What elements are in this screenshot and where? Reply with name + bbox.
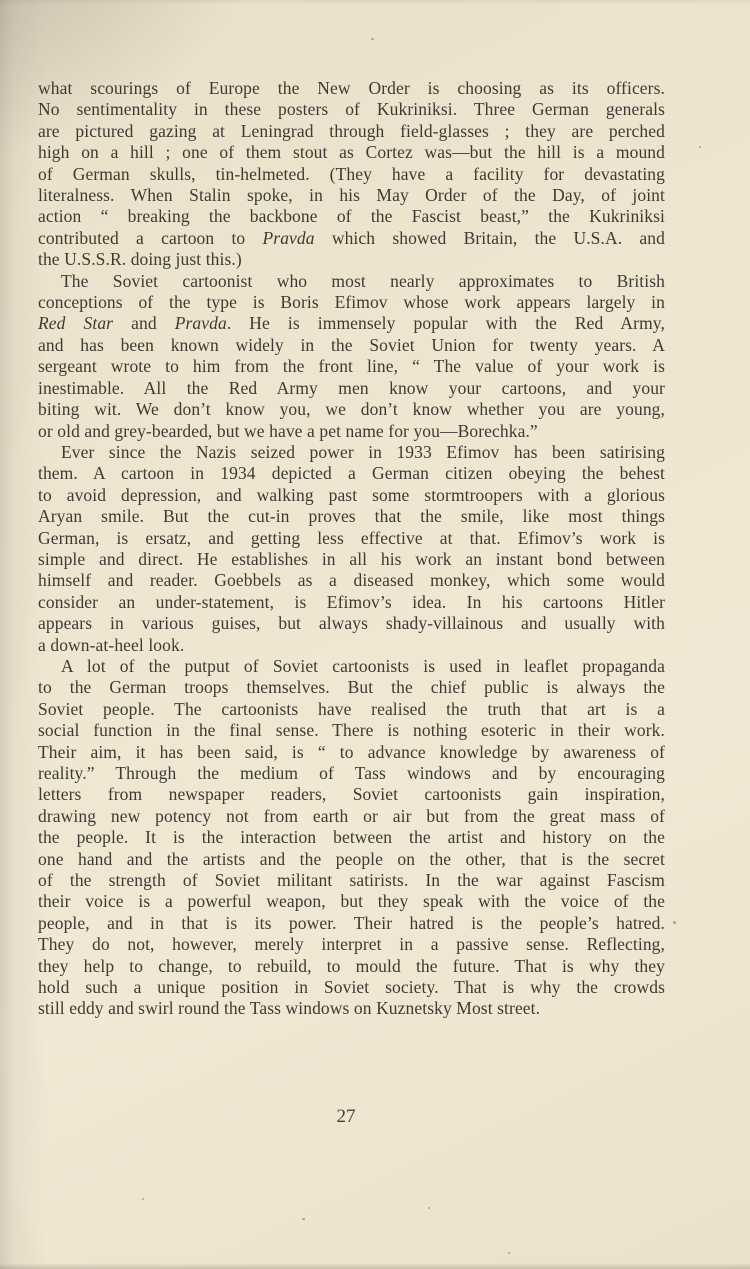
text-line: or old and grey-bearded, but we have a p…: [38, 421, 665, 442]
paper-speck: [428, 1207, 430, 1209]
paragraph: A lot of the putput of Soviet cartoonist…: [38, 656, 665, 1020]
text-line: them. A cartoon in 1934 depicted a Germa…: [38, 463, 665, 484]
text-line: They do not, however, merely interpret i…: [38, 934, 665, 955]
text-line: of German skulls, tin-helmeted. (They ha…: [38, 164, 665, 185]
text-block: what scourings of Europe the New Order i…: [38, 78, 665, 1020]
text-line: contributed a cartoon to Pravda which sh…: [38, 228, 665, 249]
text-line: action “ breaking the backbone of the Fa…: [38, 206, 665, 227]
text-line: high on a hill ; one of them stout as Co…: [38, 142, 665, 163]
text-line: literalness. When Stalin spoke, in his M…: [38, 185, 665, 206]
text-line: social function in the final sense. Ther…: [38, 720, 665, 741]
text-line: Their aim, it has been said, is “ to adv…: [38, 742, 665, 763]
paragraph: Ever since the Nazis seized power in 193…: [38, 442, 665, 656]
text-line: the U.S.S.R. doing just this.): [38, 249, 665, 270]
text-line: they help to change, to rebuild, to moul…: [38, 956, 665, 977]
text-line: still eddy and swirl round the Tass wind…: [38, 998, 665, 1019]
paragraph: what scourings of Europe the New Order i…: [38, 78, 665, 271]
text-line: The Soviet cartoonist who most nearly ap…: [38, 271, 665, 292]
text-line: biting wit. We don’t know you, we don’t …: [38, 399, 665, 420]
paper-speck: [508, 1252, 510, 1254]
text-line: No sentimentality in these posters of Ku…: [38, 99, 665, 120]
text-line: people, and in that is its power. Their …: [38, 913, 665, 934]
text-line: Aryan smile. But the cut-in proves that …: [38, 506, 665, 527]
text-line: A lot of the putput of Soviet cartoonist…: [38, 656, 665, 677]
text-line: to avoid depression, and walking past so…: [38, 485, 665, 506]
text-line: simple and direct. He establishes in all…: [38, 549, 665, 570]
paper-speck: [142, 1198, 144, 1200]
text-line: Ever since the Nazis seized power in 193…: [38, 442, 665, 463]
text-line: Soviet people. The cartoonists have real…: [38, 699, 665, 720]
paper-speck: [371, 38, 374, 40]
paper-speck: [302, 1218, 305, 1220]
text-line: to the German troops themselves. But the…: [38, 677, 665, 698]
text-line: their voice is a powerful weapon, but th…: [38, 891, 665, 912]
text-line: conceptions of the type is Boris Efimov …: [38, 292, 665, 313]
text-line: Red Star and Pravda. He is immensely pop…: [38, 313, 665, 334]
text-line: inestimable. All the Red Army men know y…: [38, 378, 665, 399]
text-line: German, is ersatz, and getting less effe…: [38, 528, 665, 549]
text-line: reality.” Through the medium of Tass win…: [38, 763, 665, 784]
text-line: and has been known widely in the Soviet …: [38, 335, 665, 356]
scanned-book-page: what scourings of Europe the New Order i…: [0, 0, 750, 1269]
text-line: are pictured gazing at Leningrad through…: [38, 121, 665, 142]
text-line: appears in various guises, but always sh…: [38, 613, 665, 634]
paper-speck: [673, 921, 676, 924]
paper-speck: [699, 146, 701, 148]
text-line: drawing new potency not from earth or ai…: [38, 806, 665, 827]
text-line: of the strength of Soviet militant satir…: [38, 870, 665, 891]
text-line: what scourings of Europe the New Order i…: [38, 78, 665, 99]
text-line: hold such a unique position in Soviet so…: [38, 977, 665, 998]
text-line: himself and reader. Goebbels as a diseas…: [38, 570, 665, 591]
text-line: sergeant wrote to him from the front lin…: [38, 356, 665, 377]
text-line: letters from newspaper readers, Soviet c…: [38, 784, 665, 805]
text-line: the people. It is the interaction betwee…: [38, 827, 665, 848]
text-line: consider an under-statement, is Efimov’s…: [38, 592, 665, 613]
text-line: one hand and the artists and the people …: [38, 849, 665, 870]
text-line: a down-at-heel look.: [38, 635, 665, 656]
page-number: 27: [38, 1106, 654, 1128]
paragraph: The Soviet cartoonist who most nearly ap…: [38, 271, 665, 442]
